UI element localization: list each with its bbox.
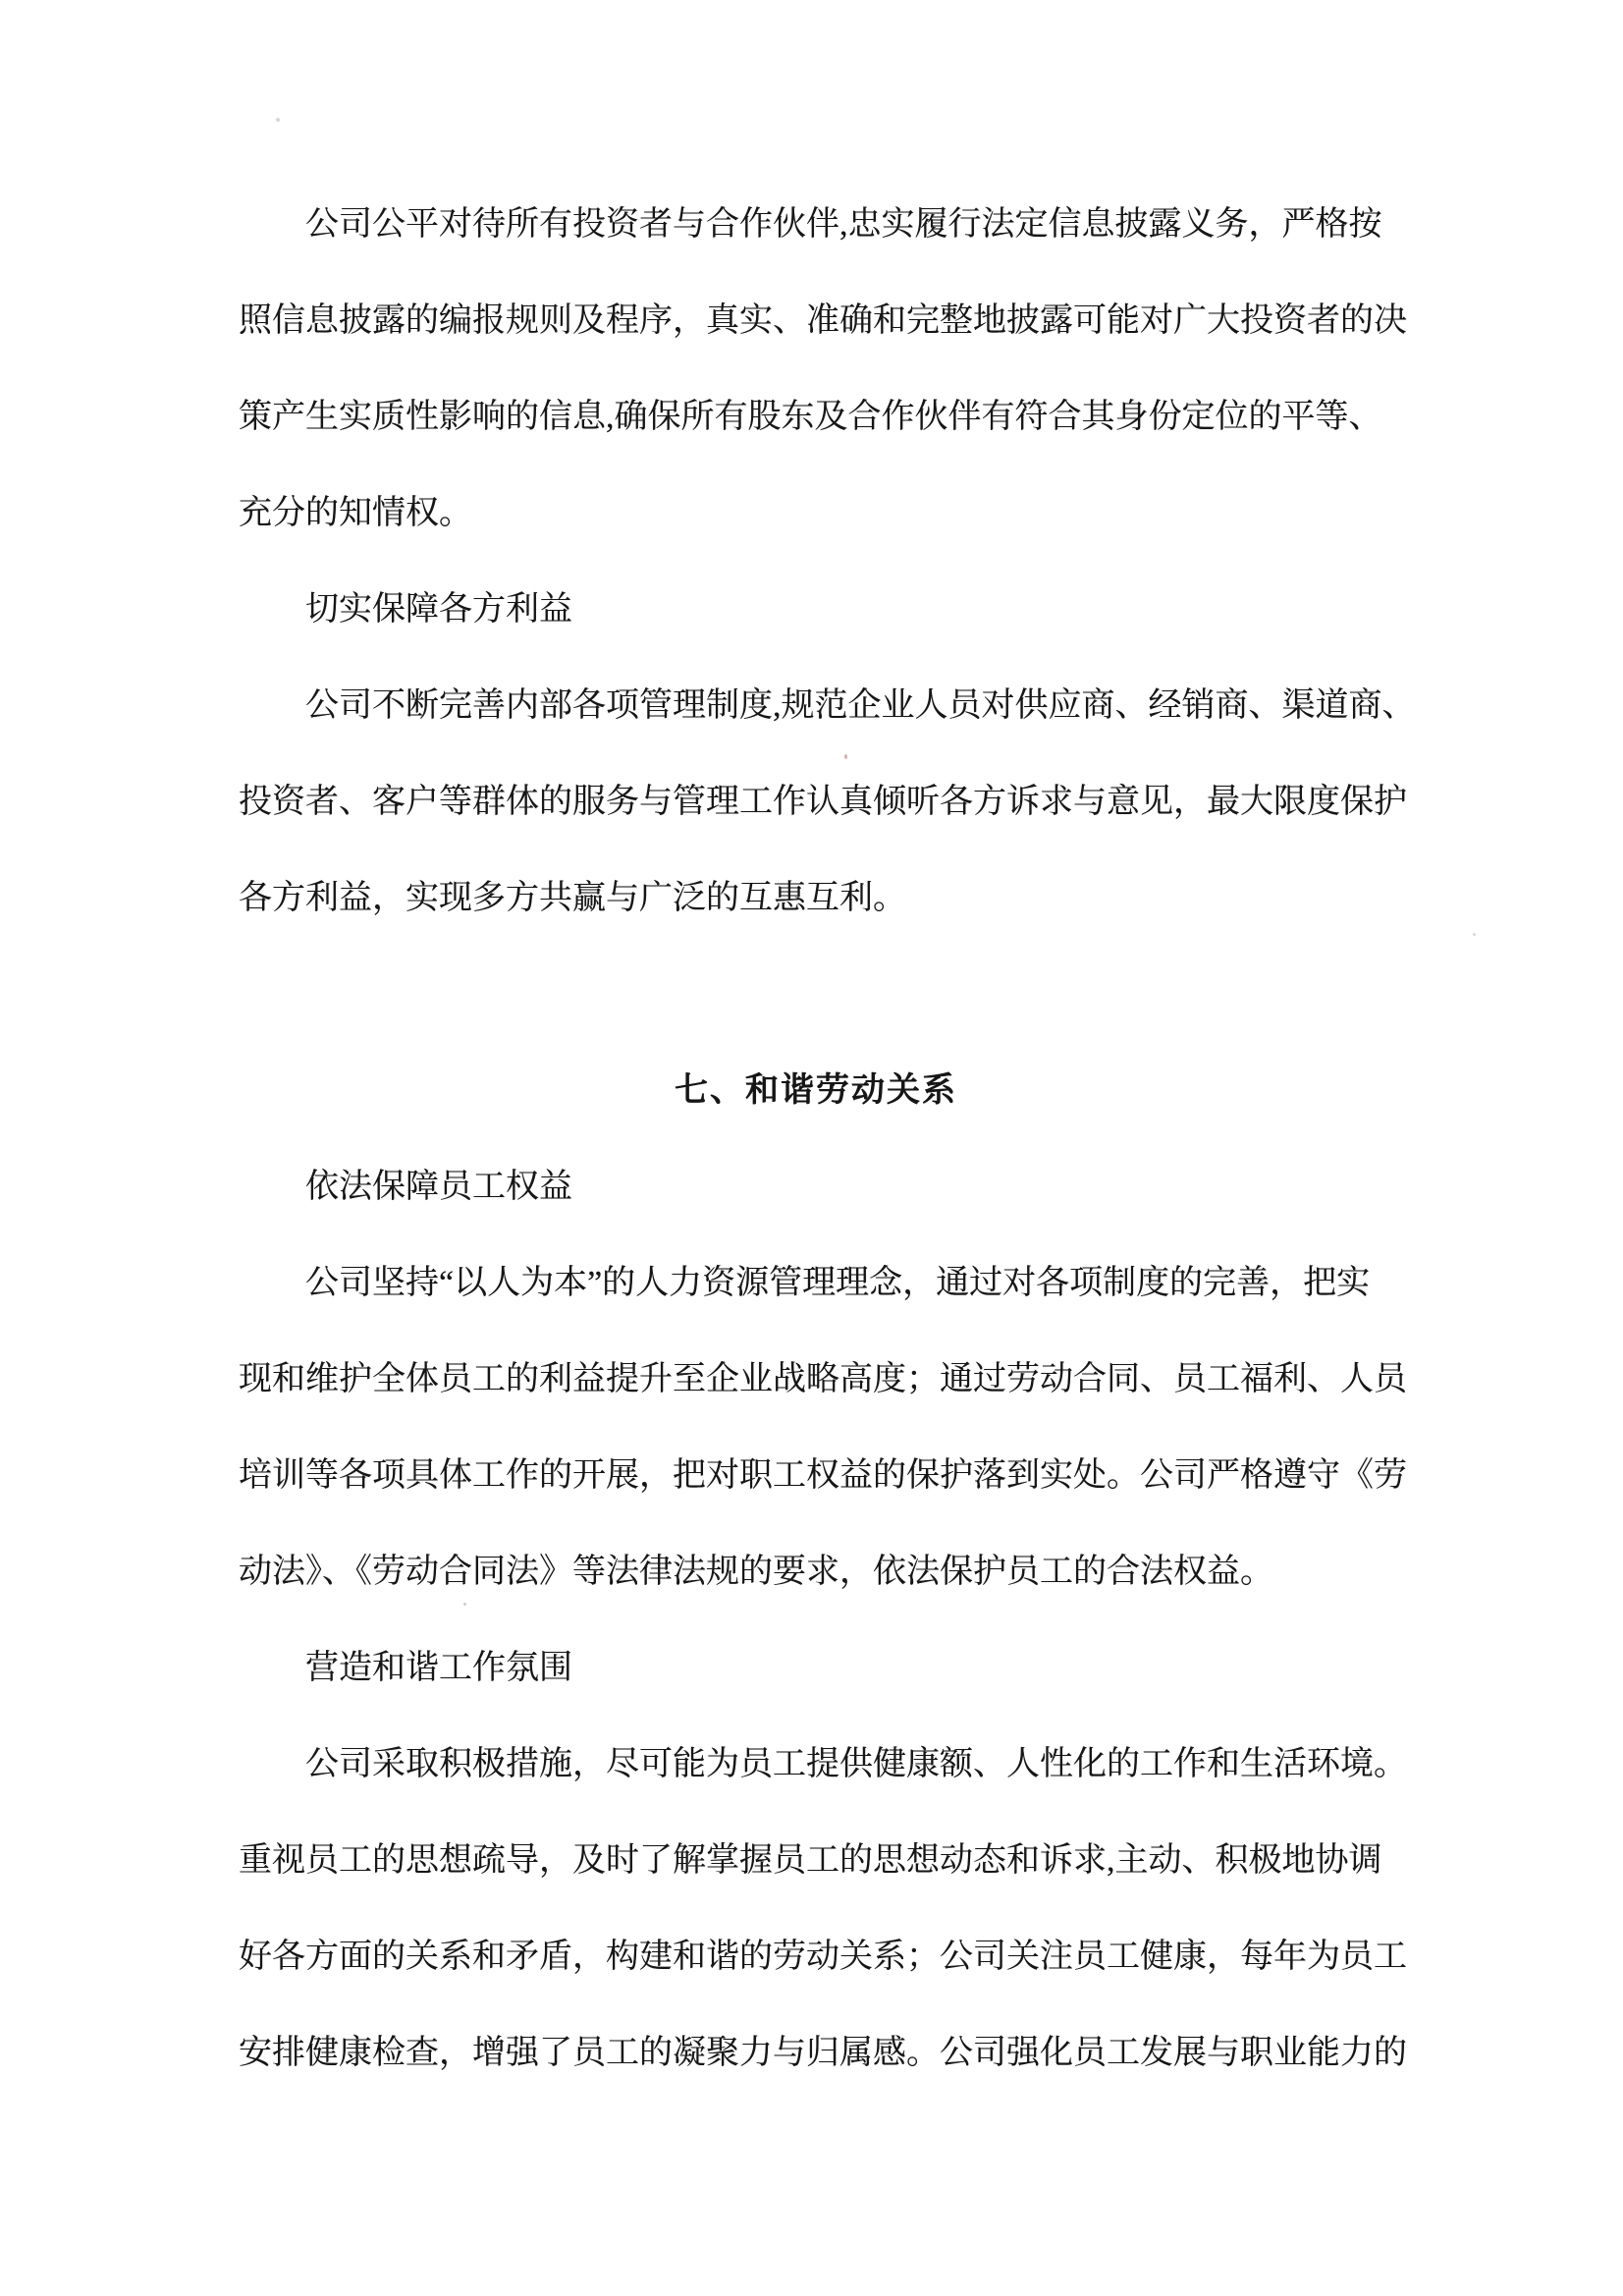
text-line: 公司坚持“以人为本”的人力资源管理理念，通过对各项制度的完善，把实 [239,1235,1393,1332]
text-line: 照信息披露的编报规则及程序，真实、准确和完整地披露可能对广大投资者的决 [239,273,1393,369]
text-line: 策产生实质性影响的信息,确保所有股东及合作伙伴有符合其身份定位的平等、 [239,369,1393,465]
sub-heading: 切实保障各方利益 [239,562,1393,658]
text-line: 现和维护全体员工的利益提升至企业战略高度；通过劳动合同、员工福利、人员 [239,1332,1393,1428]
scan-speck [276,118,280,122]
text-line: 充分的知情权。 [239,465,1393,562]
text-line: 各方利益，实现多方共赢与广泛的互惠互利。 [239,850,1393,947]
section-heading: 七、和谐劳动关系 [239,1043,1393,1139]
text-line: 重视员工的思想疏导，及时了解掌握员工的思想动态和诉求,主动、积极地协调 [239,1813,1393,1909]
sub-heading: 依法保障员工权益 [239,1139,1393,1235]
scan-speck [463,1603,466,1606]
scan-speck [844,754,847,759]
text-line: 公司公平对待所有投资者与合作伙伴,忠实履行法定信息披露义务，严格按 [239,177,1393,273]
scan-speck [1473,933,1476,936]
text-line: 投资者、客户等群体的服务与管理工作认真倾听各方诉求与意见，最大限度保护 [239,754,1393,850]
text-line: 动法》、《劳动合同法》等法律法规的要求，依法保护员工的合法权益。 [239,1524,1393,1620]
text-line: 培训等各项具体工作的开展，把对职工权益的保护落到实处。公司严格遵守《劳 [239,1428,1393,1524]
text-line: 公司不断完善内部各项管理制度,规范企业人员对供应商、经销商、渠道商、 [239,658,1393,754]
text-line: 公司采取积极措施，尽可能为员工提供健康额、人性化的工作和生活环境。 [239,1717,1393,1813]
sub-heading: 营造和谐工作氛围 [239,1620,1393,1717]
document-page: 公司公平对待所有投资者与合作伙伴,忠实履行法定信息披露义务，严格按 照信息披露的… [0,0,1623,2296]
page-body: 公司公平对待所有投资者与合作伙伴,忠实履行法定信息披露义务，严格按 照信息披露的… [239,177,1393,2102]
text-line: 安排健康检查，增强了员工的凝聚力与归属感。公司强化员工发展与职业能力的 [239,2005,1393,2102]
text-line: 好各方面的关系和矛盾，构建和谐的劳动关系；公司关注员工健康，每年为员工 [239,1909,1393,2005]
